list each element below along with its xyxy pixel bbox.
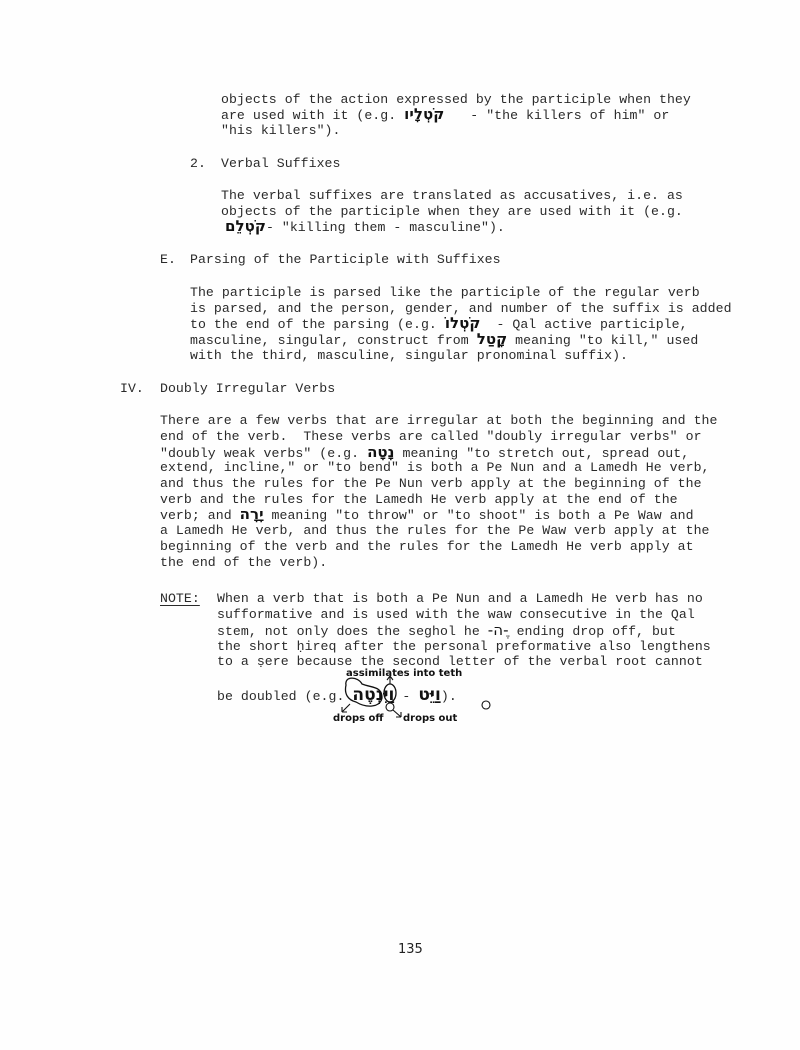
text-segment: - "the killers of him" or — [444, 108, 669, 123]
paragraph-line: "his killers"). — [221, 123, 340, 138]
paragraph-line: קֹטְלֵם- "killing them - masculine"). — [225, 219, 505, 235]
text-segment: - Qal active participle, — [481, 317, 688, 332]
text-segment: "doubly weak verbs" (e.g. — [160, 446, 367, 461]
subsection-title: Verbal Suffixes — [221, 156, 340, 171]
text-segment: masculine, singular, construct from — [190, 333, 477, 348]
text-segment: - "killing them - masculine"). — [266, 220, 505, 235]
paragraph-line: extend, incline," or "to bend" is both a… — [160, 460, 710, 475]
paragraph-line: be doubled (e.g. וַיִּנְטֶה - וַיֵּט). — [217, 688, 457, 704]
handwritten-annotation: drops out — [403, 713, 457, 724]
page-number: 135 — [398, 942, 423, 957]
paragraph-line: end of the verb. These verbs are called … — [160, 429, 702, 444]
text-segment: - — [394, 689, 418, 704]
paragraph-line: with the third, masculine, singular pron… — [190, 348, 628, 363]
hebrew-example: וַיִּנְטֶה — [352, 685, 394, 705]
paragraph-line: the short ḥireq after the personal prefo… — [217, 639, 711, 654]
hebrew-example: קֹטְלֵם — [225, 217, 266, 235]
note-label: NOTE: — [160, 591, 200, 606]
hebrew-root: קָטַל — [477, 330, 507, 348]
text-segment: meaning "to kill," used — [507, 333, 698, 348]
handwritten-annotation: assimilates into teth — [346, 668, 462, 679]
text-segment: ending drop off, but — [509, 624, 676, 639]
paragraph-line: verb and the rules for the Lamedh He ver… — [160, 492, 678, 507]
paragraph-line: and thus the rules for the Pe Nun verb a… — [160, 476, 702, 491]
paragraph-line: The participle is parsed like the partic… — [190, 285, 700, 300]
text-segment: verb; and — [160, 508, 240, 523]
paragraph-line: are used with it (e.g. קֹטְלָיו - "the k… — [221, 107, 669, 123]
hebrew-example: יָרָה — [240, 505, 264, 523]
hebrew-result: וַיֵּט — [418, 685, 441, 705]
hebrew-example: נָטָה — [367, 443, 394, 461]
section-title: Parsing of the Participle with Suffixes — [190, 252, 501, 267]
paragraph-line: The verbal suffixes are translated as ac… — [221, 188, 683, 203]
paragraph-line: objects of the action expressed by the p… — [221, 92, 691, 107]
subsection-number: 2. — [190, 156, 206, 171]
text-segment: stem, not only does the seghol he — [217, 624, 488, 639]
paragraph-line: the end of the verb). — [160, 555, 327, 570]
text-segment: to the end of the parsing (e.g. — [190, 317, 445, 332]
paragraph-line: masculine, singular, construct from קָטַ… — [190, 332, 698, 348]
paragraph-line: to a ṣere because the second letter of t… — [217, 654, 703, 669]
text-segment: meaning "to throw" or "to shoot" is both… — [264, 508, 694, 523]
hebrew-example: קֹטְלוֹ — [445, 314, 481, 332]
text-segment: be doubled (e.g. — [217, 689, 352, 704]
paragraph-line: a Lamedh He verb, and thus the rules for… — [160, 523, 710, 538]
text-segment: meaning "to stretch out, spread out, — [395, 446, 690, 461]
paragraph-line: sufformative and is used with the waw co… — [217, 607, 695, 622]
text-segment: are used with it (e.g. — [221, 108, 404, 123]
paragraph-line: There are a few verbs that are irregular… — [160, 413, 717, 428]
handwritten-annotation: drops off — [333, 713, 384, 724]
paragraph-line: to the end of the parsing (e.g. קֹטְלוֹ … — [190, 316, 688, 332]
section-letter: E. — [160, 252, 176, 267]
section-title: Doubly Irregular Verbs — [160, 381, 335, 396]
hebrew-ending: -ֶה- — [488, 621, 509, 639]
paragraph-line: stem, not only does the seghol he -ֶה- e… — [217, 623, 676, 639]
paragraph-line: beginning of the verb and the rules for … — [160, 539, 694, 554]
paragraph-line: When a verb that is both a Pe Nun and a … — [217, 591, 703, 606]
paragraph-line: verb; and יָרָה meaning "to throw" or "t… — [160, 507, 694, 523]
paragraph-line: objects of the participle when they are … — [221, 204, 683, 219]
document-page: objects of the action expressed by the p… — [0, 0, 800, 1050]
section-numeral: IV. — [120, 381, 144, 396]
hebrew-example: קֹטְלָיו — [404, 105, 444, 123]
paragraph-line: "doubly weak verbs" (e.g. נָטָה meaning … — [160, 445, 689, 461]
text-segment: ). — [441, 689, 457, 704]
